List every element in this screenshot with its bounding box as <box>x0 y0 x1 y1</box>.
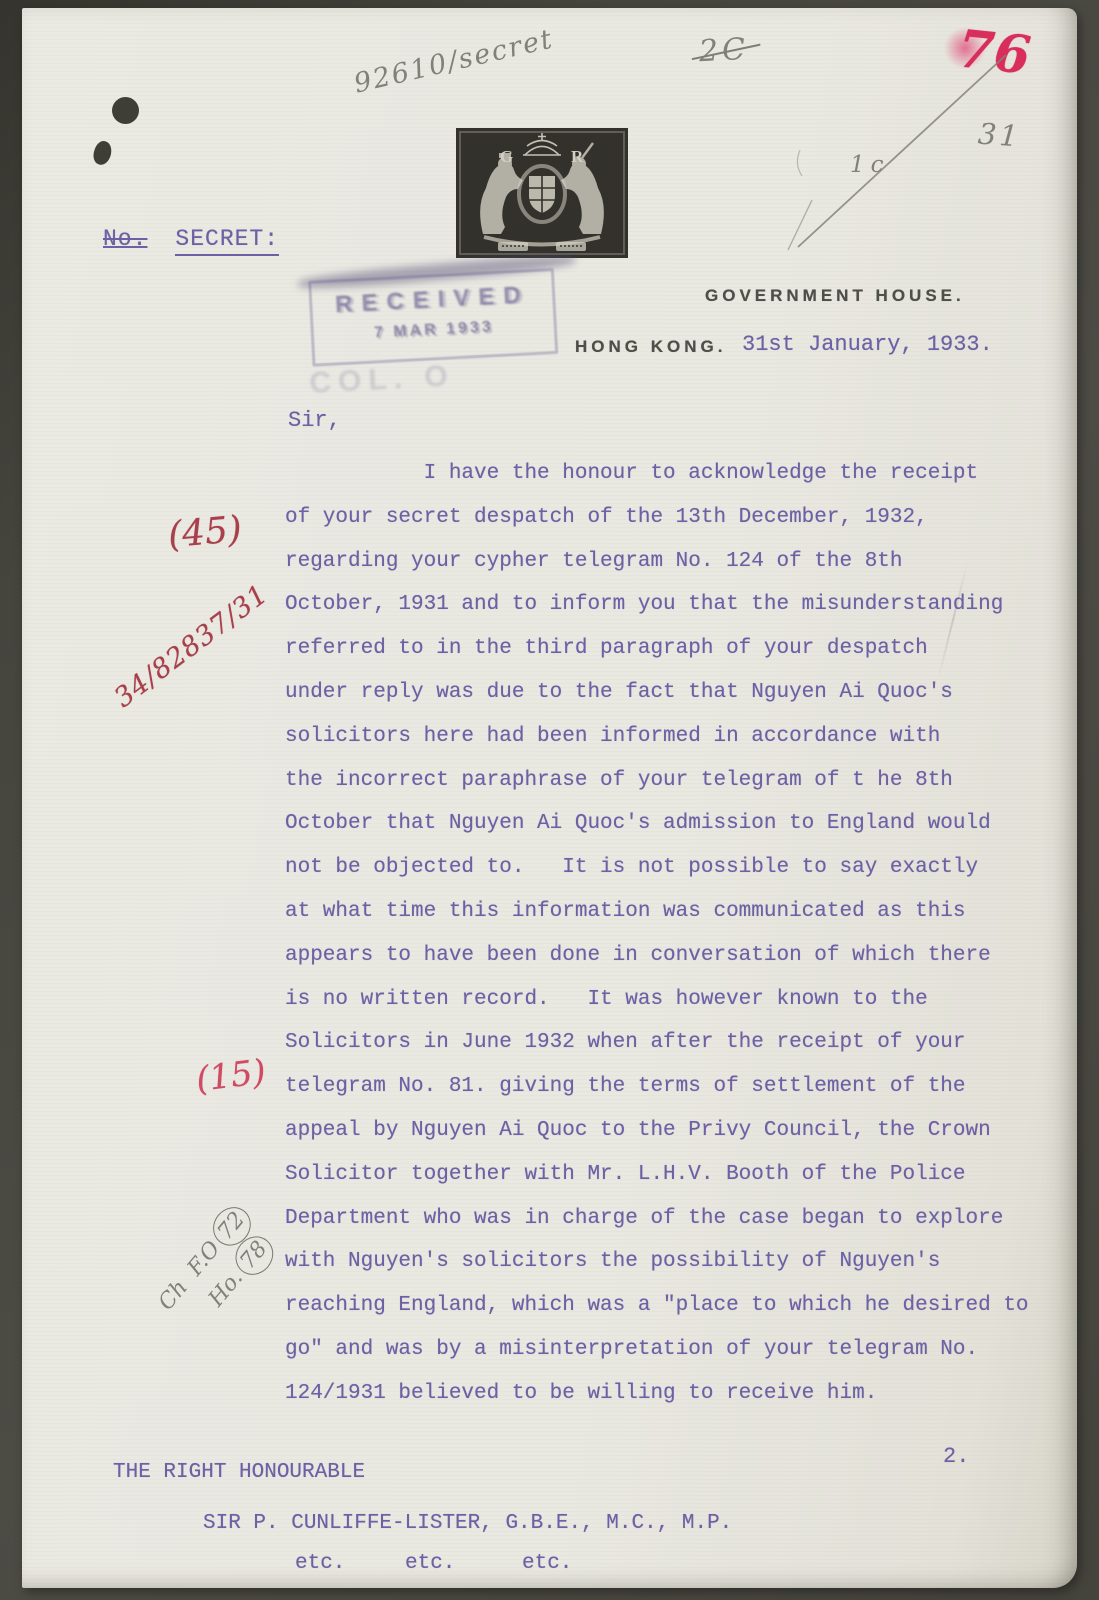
stamp-ghost-text: COL. O <box>309 359 456 401</box>
letter-line: with Nguyen's solicitors the possibility… <box>285 1240 1029 1284</box>
scanned-letter-page: G R No.SECRET: RECEIVED 7 MAR 1933 <box>0 0 1099 1600</box>
stamp-box: RECEIVED 7 MAR 1933 <box>308 268 558 367</box>
page-number: 2. <box>943 1444 969 1469</box>
letterhead-government-house: GOVERNMENT HOUSE. <box>705 286 965 306</box>
letter-line: at what time this information was commun… <box>285 890 1029 934</box>
pencil-crossed-annotation: 2C <box>698 32 750 70</box>
letter-line: 124/1931 believed to be willing to recei… <box>285 1372 1029 1416</box>
letter-line: is no written record. It was however kno… <box>285 978 1029 1022</box>
letter-line: regarding your cypher telegram No. 124 o… <box>285 540 1029 584</box>
received-stamp: RECEIVED 7 MAR 1933 COL. O <box>301 251 578 415</box>
letter-line: October, 1931 and to inform you that the… <box>285 583 1029 627</box>
letter-line: the incorrect paraphrase of your telegra… <box>285 759 1029 803</box>
letter-line: Solicitors in June 1932 when after the r… <box>285 1021 1029 1065</box>
pencil-folio-number: 31 <box>977 117 1022 154</box>
etc-text: etc. <box>522 1552 572 1575</box>
letter-line: under reply was due to the fact that Ngu… <box>285 671 1029 715</box>
red-folio-number: 76 <box>955 18 1033 86</box>
punch-hole <box>112 97 139 124</box>
letter-line: not be objected to. It is not possible t… <box>285 846 1029 890</box>
letter-line: October that Nguyen Ai Quoc's admission … <box>285 802 1029 846</box>
letter-line: appears to have been done in conversatio… <box>285 934 1029 978</box>
letter-line: Department who was in charge of the case… <box>285 1197 1029 1241</box>
stamp-received-text: RECEIVED <box>312 280 553 321</box>
letter-date: 31st January, 1933. <box>742 332 993 357</box>
salutation: Sir, <box>288 408 341 433</box>
addressee-name: SIR P. CUNLIFFE-LISTER, G.B.E., M.C., M.… <box>203 1512 732 1535</box>
red-minute-45: (45) <box>166 509 243 556</box>
etc-text: etc. <box>295 1552 345 1575</box>
letter-line: of your secret despatch of the 13th Dece… <box>285 496 1029 540</box>
letter-line: solicitors here had been informed in acc… <box>285 715 1029 759</box>
crossed-out-no: No. <box>103 226 147 252</box>
classification-line: No.SECRET: <box>103 226 279 252</box>
letter-line: referred to in the third paragraph of yo… <box>285 627 1029 671</box>
pencil-mark-1c: 1c <box>850 152 890 178</box>
letter-line: Solicitor together with Mr. L.H.V. Booth… <box>285 1153 1029 1197</box>
royal-coat-of-arms-icon: G R <box>456 128 628 258</box>
letter-line: I have the honour to acknowledge the rec… <box>285 452 1029 496</box>
letter-line: appeal by Nguyen Ai Quoc to the Privy Co… <box>285 1109 1029 1153</box>
etc-text: etc. <box>405 1552 455 1575</box>
letter-body: I have the honour to acknowledge the rec… <box>285 452 1029 1416</box>
secret-label: SECRET: <box>175 226 279 256</box>
letter-line: reaching England, which was a "place to … <box>285 1284 1029 1328</box>
letterhead-hong-kong: HONG KONG. <box>575 337 726 357</box>
letter-line: go" and was by a misinterpretation of yo… <box>285 1328 1029 1372</box>
addressee-title: THE RIGHT HONOURABLE <box>113 1461 365 1484</box>
red-minute-15: (15) <box>194 1052 268 1100</box>
letter-line: telegram No. 81. giving the terms of set… <box>285 1065 1029 1109</box>
stamp-date-text: 7 MAR 1933 <box>314 315 555 346</box>
